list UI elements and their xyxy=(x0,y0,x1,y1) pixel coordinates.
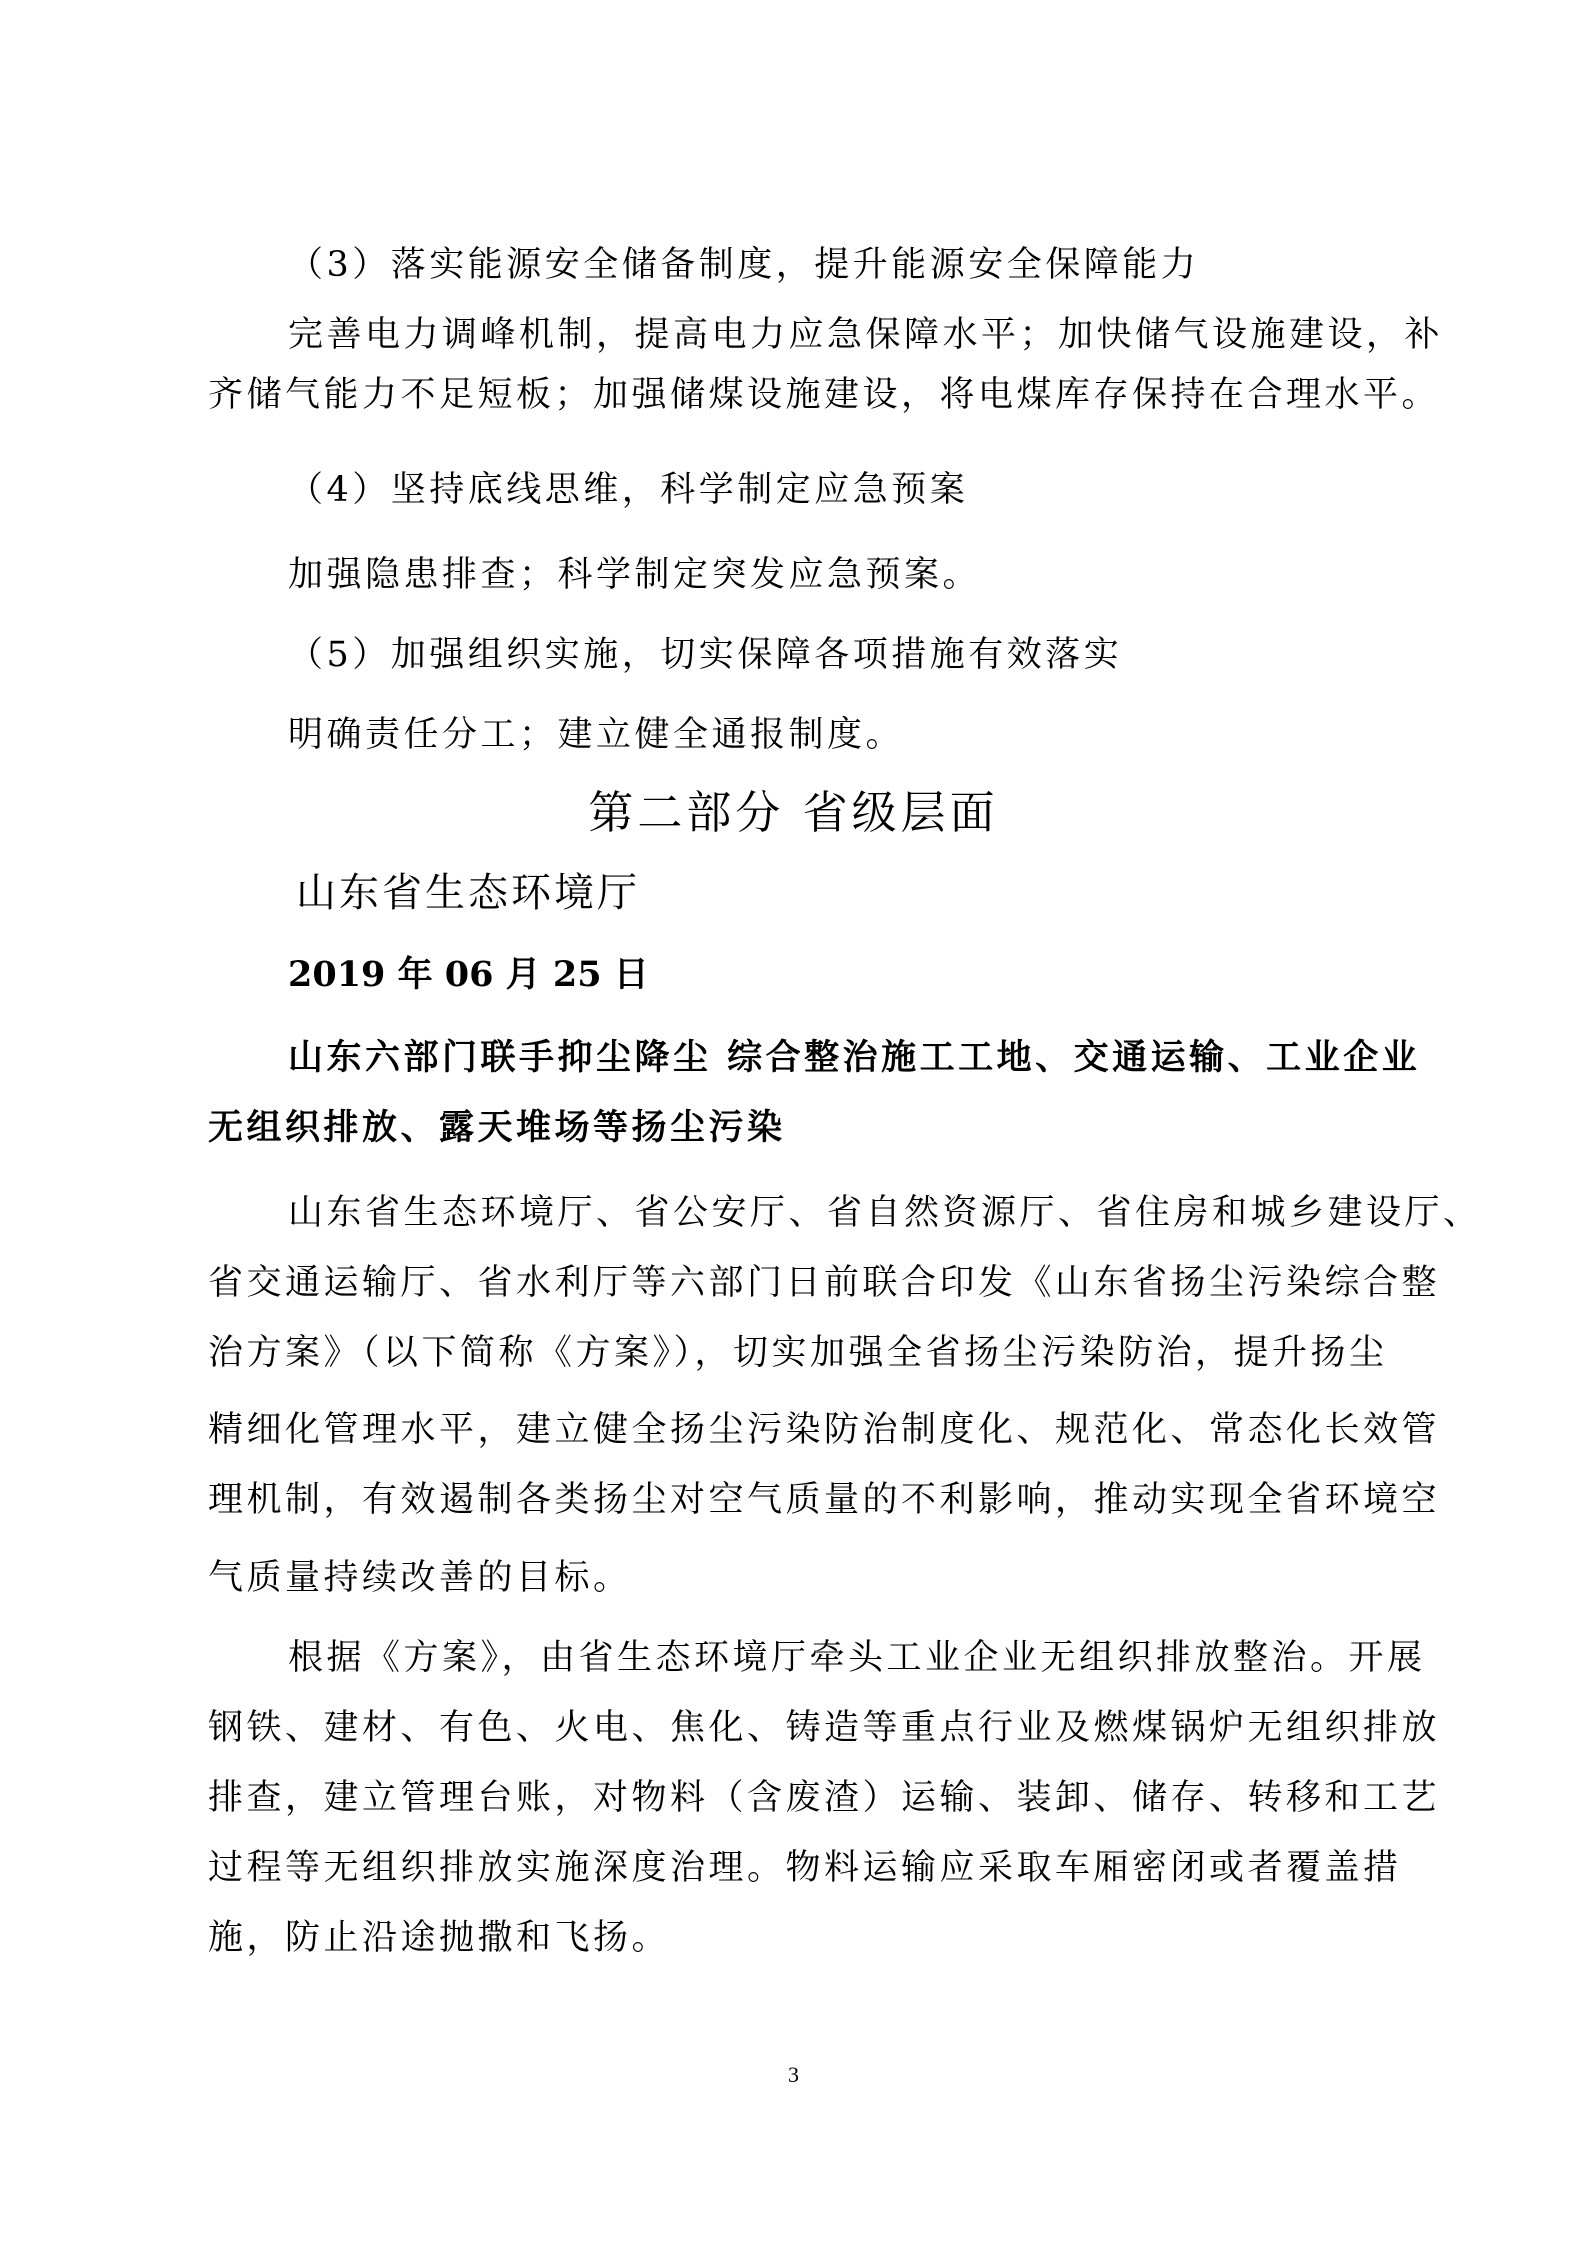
item4-body: 加强隐患排查；科学制定突发应急预案。 xyxy=(288,553,1468,597)
paragraph-line: 根据《方案》，由省生态环境厅牵头工业企业无组织排放整治。开展 xyxy=(288,1636,1468,1680)
paragraph-line: 山东省生态环境厅、省公安厅、省自然资源厅、省住房和城乡建设厅、 xyxy=(288,1191,1468,1235)
agency-name: 山东省生态环境厅 xyxy=(296,868,640,918)
publish-date: 2019 年 06 月 25 日 xyxy=(288,953,649,997)
paragraph-line: 过程等无组织排放实施深度治理。物料运输应采取车厢密闭或者覆盖措 xyxy=(208,1846,1388,1890)
item3-title: （3）落实能源安全储备制度，提升能源安全保障能力 xyxy=(288,243,1468,287)
paragraph-line: 精细化管理水平，建立健全扬尘污染防治制度化、规范化、常态化长效管 xyxy=(208,1408,1388,1452)
item4-title: （4）坚持底线思维，科学制定应急预案 xyxy=(288,468,1468,512)
news-title-line: 山东六部门联手抑尘降尘 综合整治施工工地、交通运输、工业企业 xyxy=(288,1036,1468,1080)
section-heading: 第二部分 省级层面 xyxy=(0,785,1587,841)
item3-body-line: 齐储气能力不足短板；加强储煤设施建设，将电煤库存保持在合理水平。 xyxy=(208,373,1388,417)
news-title-line: 无组织排放、露天堆场等扬尘污染 xyxy=(208,1106,1388,1150)
paragraph-line: 省交通运输厅、省水利厅等六部门日前联合印发《山东省扬尘污染综合整 xyxy=(208,1261,1388,1305)
item3-body-line: 完善电力调峰机制，提高电力应急保障水平；加快储气设施建设，补 xyxy=(288,313,1468,357)
item5-body: 明确责任分工；建立健全通报制度。 xyxy=(288,713,1468,757)
paragraph-line: 施，防止沿途抛撒和飞扬。 xyxy=(208,1916,1388,1960)
paragraph-line: 治方案》（以下简称《方案》），切实加强全省扬尘污染防治，提升扬尘 xyxy=(208,1331,1388,1375)
item5-title: （5）加强组织实施，切实保障各项措施有效落实 xyxy=(288,633,1468,677)
paragraph-line: 排查，建立管理台账，对物料（含废渣）运输、装卸、储存、转移和工艺 xyxy=(208,1776,1388,1820)
paragraph-line: 理机制，有效遏制各类扬尘对空气质量的不利影响，推动实现全省环境空 xyxy=(208,1478,1388,1522)
paragraph-line: 气质量持续改善的目标。 xyxy=(208,1556,1388,1600)
paragraph-line: 钢铁、建材、有色、火电、焦化、铸造等重点行业及燃煤锅炉无组织排放 xyxy=(208,1706,1388,1750)
page-number: 3 xyxy=(0,2062,1587,2088)
